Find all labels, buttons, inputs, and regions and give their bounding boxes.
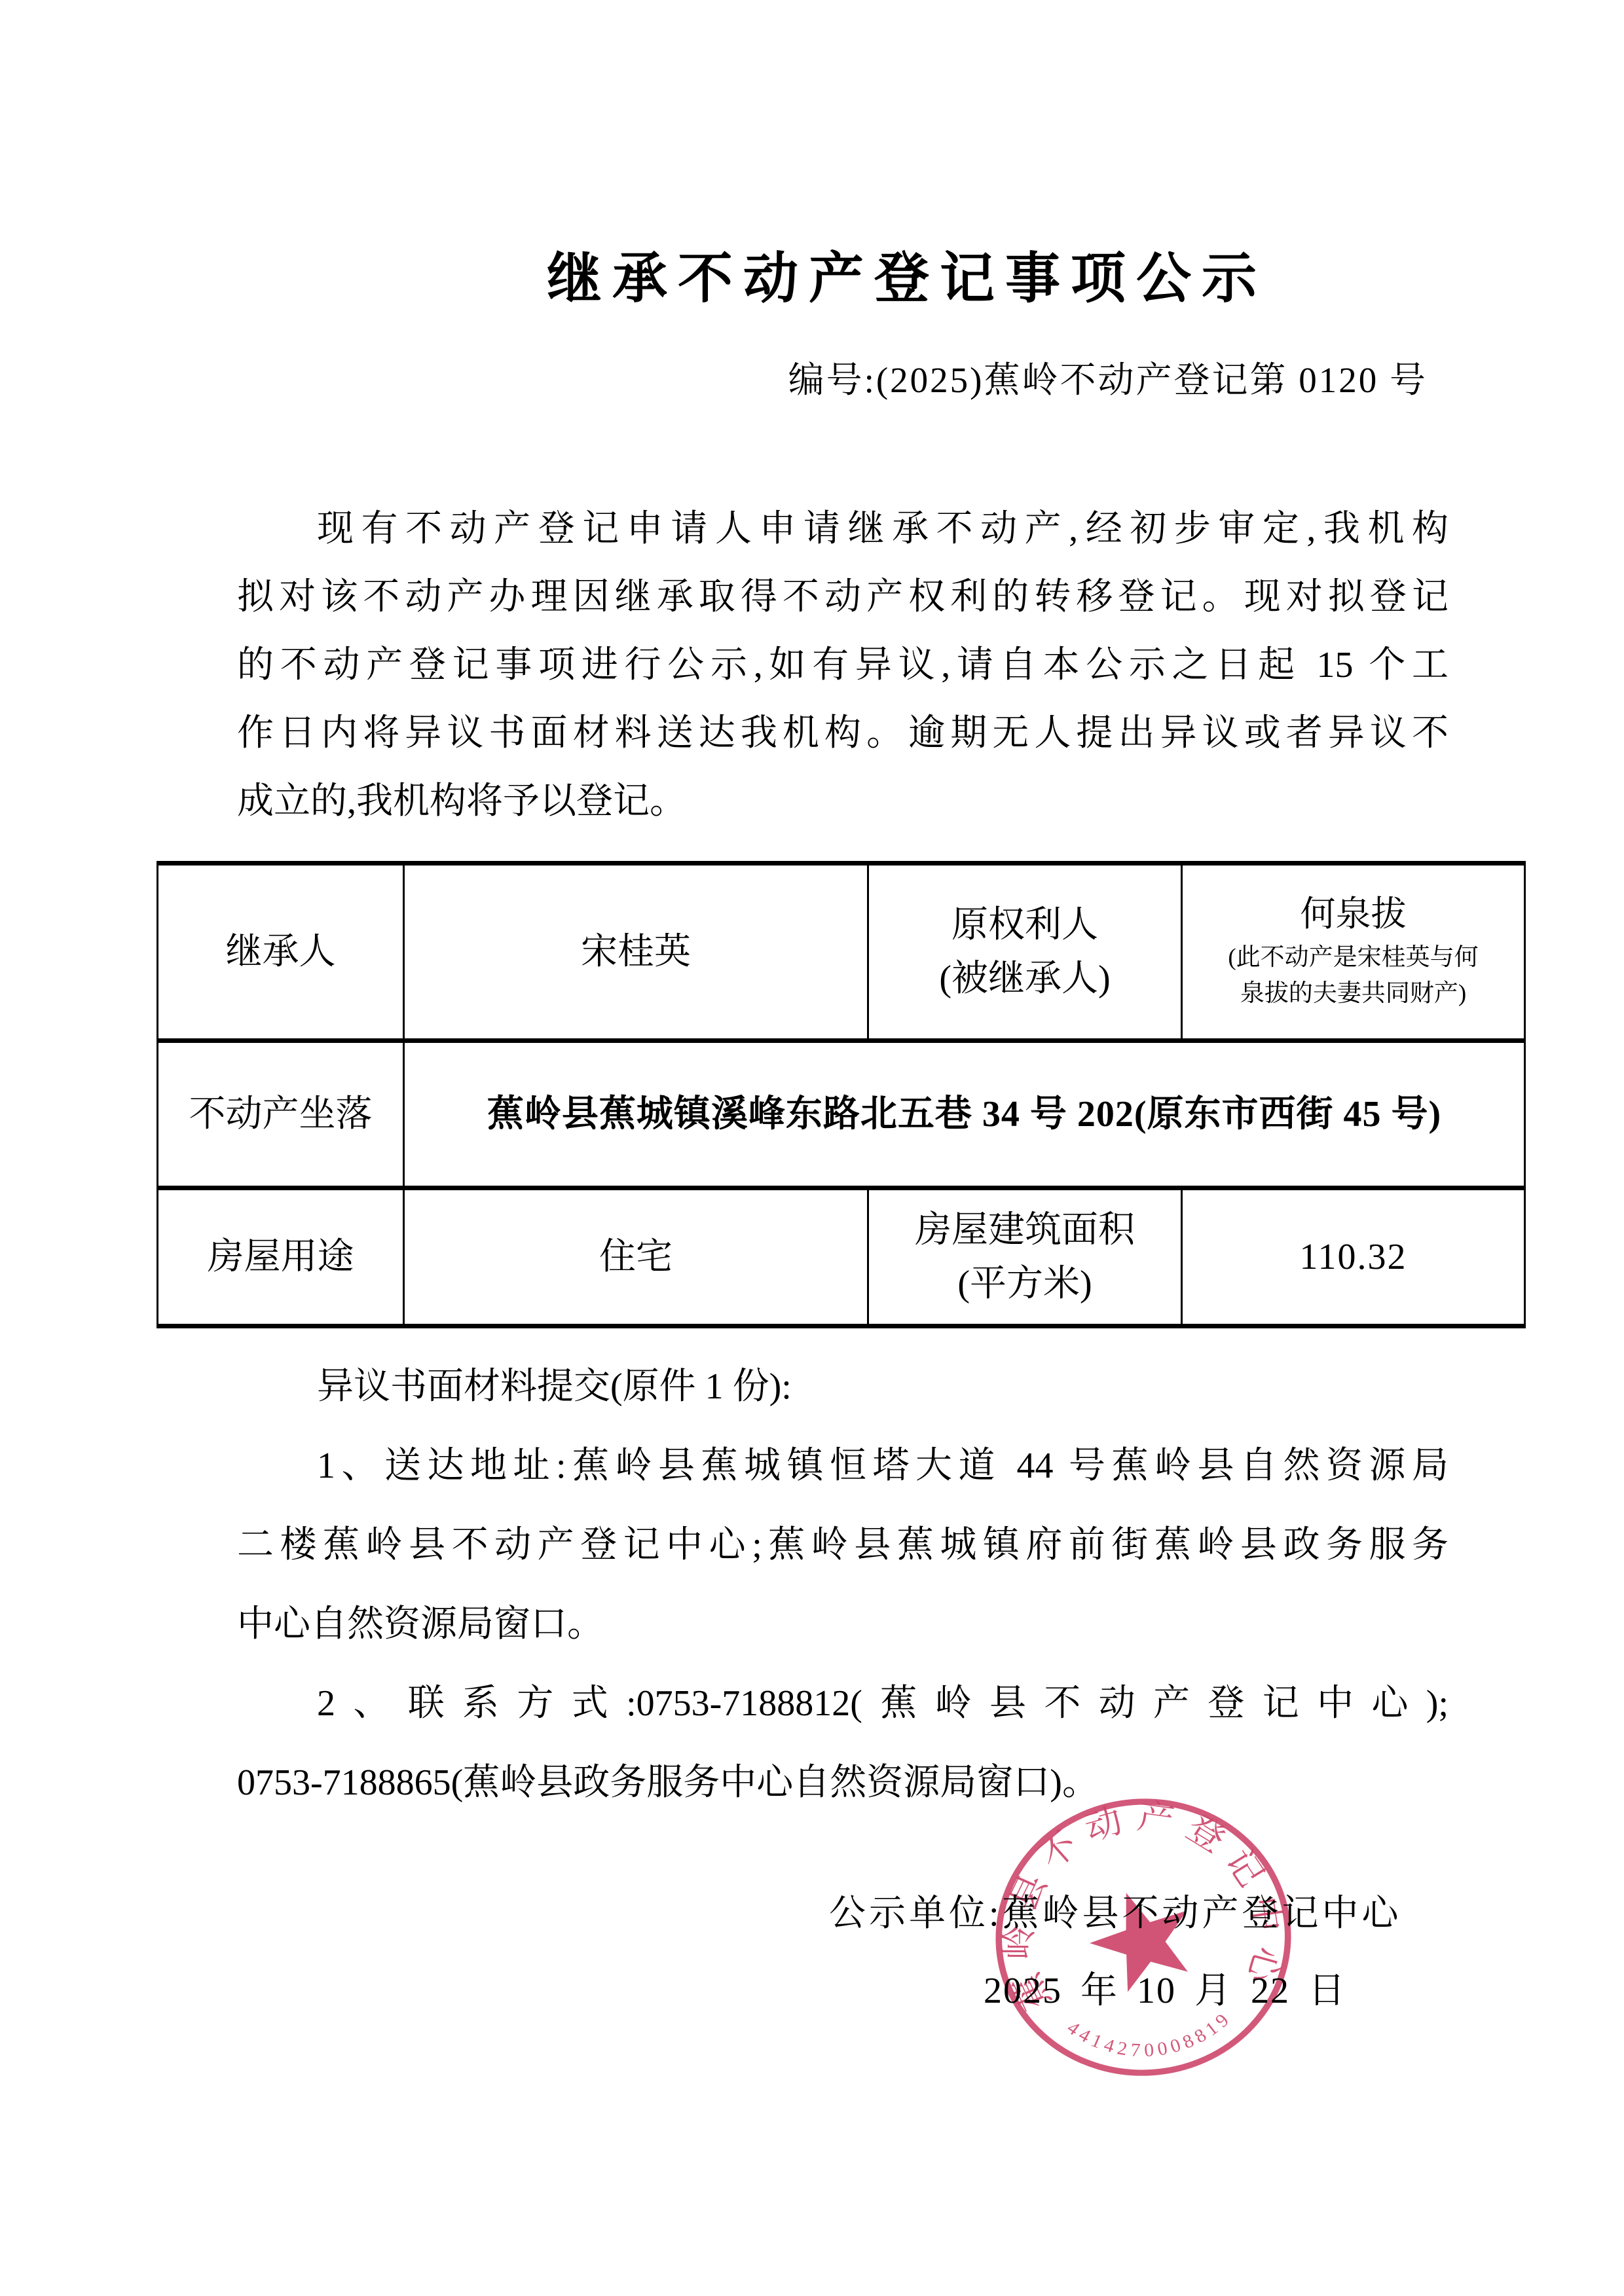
doc-number: 编号:(2025)蕉岭不动产登记第 0120 号 (0, 362, 1624, 398)
intro-line: 的不动产登记事项进行公示,如有异议,请自本公示之日起 15 个工 (237, 631, 1449, 699)
submission-item1-line: 1、送达地址:蕉岭县蕉城镇恒塔大道 44 号蕉岭县自然资源局 (237, 1427, 1449, 1506)
original-holder-label-line: 原权利人 (878, 898, 1172, 952)
intro-line: 拟对该不动产办理因继承取得不动产权利的转移登记。现对拟登记 (237, 563, 1449, 631)
original-holder-name: 何泉拔 (1192, 892, 1515, 936)
submission-heading: 异议书面材料提交(原件 1 份): (237, 1347, 1449, 1427)
footer-date: 2025 年 10 月 22 日 (984, 1961, 1346, 2014)
notice-document-page: 继承不动产登记事项公示 编号:(2025)蕉岭不动产登记第 0120 号 现有不… (0, 0, 1624, 2296)
registration-table: 继承人 宋桂英 原权利人 (被继承人) 何泉拔 (此不动产是宋桂英与何 泉拔的夫… (157, 861, 1526, 1328)
intro-line: 成立的,我机构将予以登记。 (237, 767, 1449, 835)
submission-item2-line: 2、联系方式:0753-7188812(蕉岭县不动产登记中心); (237, 1664, 1449, 1743)
original-holder-note: (此不动产是宋桂英与何 泉拔的夫妻共同财产) (1192, 939, 1515, 1011)
intro-line: 现有不动产登记申请人申请继承不动产,经初步审定,我机构 (237, 495, 1449, 563)
usage-value-cell: 住宅 (404, 1188, 868, 1326)
table-row: 继承人 宋桂英 原权利人 (被继承人) 何泉拔 (此不动产是宋桂英与何 泉拔的夫… (158, 864, 1525, 1041)
table-row: 房屋用途 住宅 房屋建筑面积 (平方米) 110.32 (158, 1188, 1525, 1326)
original-holder-note-line: 泉拔的夫妻共同财产) (1192, 975, 1515, 1011)
intro-paragraph: 现有不动产登记申请人申请继承不动产,经初步审定,我机构 拟对该不动产办理因继承取… (237, 495, 1449, 835)
original-holder-label-line: (被继承人) (878, 952, 1172, 1006)
submission-section: 异议书面材料提交(原件 1 份): 1、送达地址:蕉岭县蕉城镇恒塔大道 44 号… (237, 1347, 1449, 1823)
area-label-cell: 房屋建筑面积 (平方米) (868, 1188, 1182, 1326)
location-value-cell: 蕉岭县蕉城镇溪峰东路北五巷 34 号 202(原东市西街 45 号) (404, 1041, 1525, 1188)
location-label-cell: 不动产坐落 (158, 1041, 404, 1188)
area-value-cell: 110.32 (1182, 1188, 1525, 1326)
area-label-line: 房屋建筑面积 (878, 1203, 1172, 1257)
official-seal-graphic: 蕉岭县不动产登记中心 4414270008819 (976, 1776, 1310, 2099)
submission-item1-line: 中心自然资源局窗口。 (237, 1585, 1449, 1664)
page-title: 继承不动产登记事项公示 (0, 0, 1624, 307)
original-holder-value-cell: 何泉拔 (此不动产是宋桂英与何 泉拔的夫妻共同财产) (1182, 864, 1525, 1041)
original-holder-label-cell: 原权利人 (被继承人) (868, 864, 1182, 1041)
original-holder-note-line: (此不动产是宋桂英与何 (1192, 939, 1515, 975)
heir-label-cell: 继承人 (158, 864, 404, 1041)
heir-name-cell: 宋桂英 (404, 864, 868, 1041)
area-label-line: (平方米) (878, 1257, 1172, 1311)
table-row: 不动产坐落 蕉岭县蕉城镇溪峰东路北五巷 34 号 202(原东市西街 45 号) (158, 1041, 1525, 1188)
official-seal: 蕉岭县不动产登记中心 4414270008819 (976, 1776, 1310, 2099)
usage-label-cell: 房屋用途 (158, 1188, 404, 1326)
intro-line: 作日内将异议书面材料送达我机构。逾期无人提出异议或者异议不 (237, 699, 1449, 767)
footer-publisher: 公示单位:蕉岭县不动产登记中心 (829, 1884, 1402, 1937)
submission-item1-line: 二楼蕉岭县不动产登记中心;蕉岭县蕉城镇府前街蕉岭县政务服务 (237, 1506, 1449, 1585)
